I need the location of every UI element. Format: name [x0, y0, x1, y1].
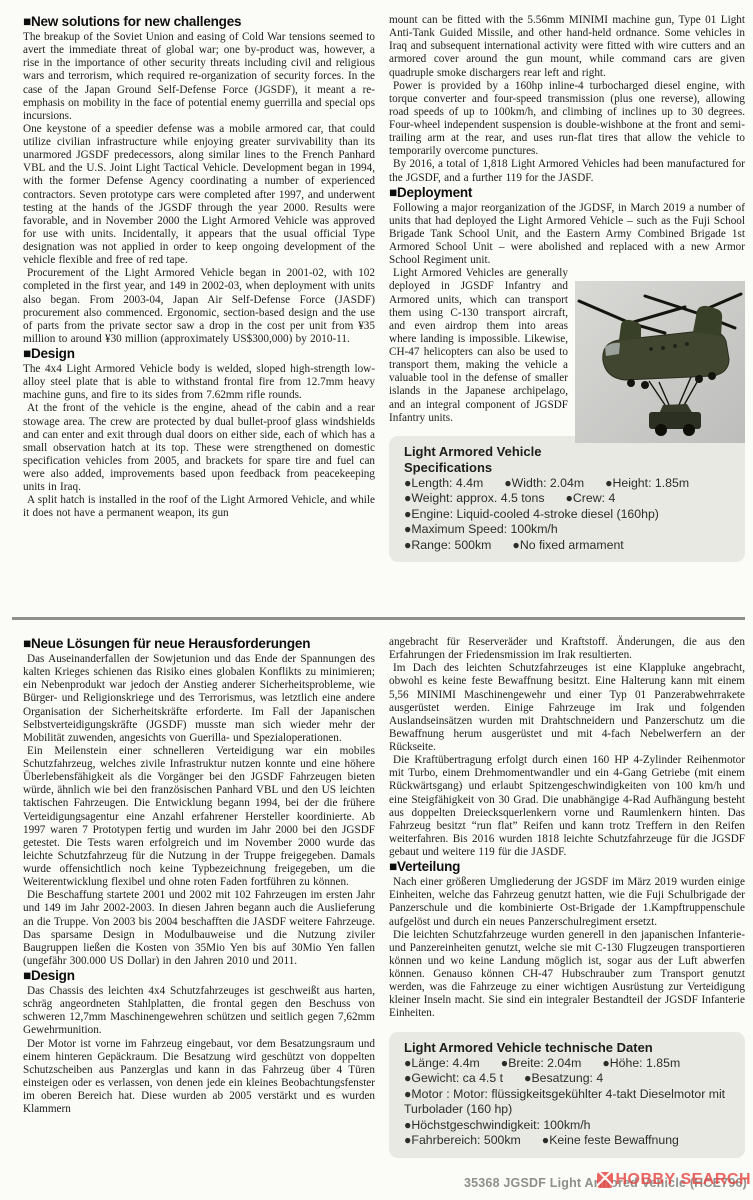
spec-item-height: ●Height: 1.85m: [605, 476, 689, 490]
de-design-paragraph-2: Der Motor ist vorne im Fahrzeug eingebau…: [23, 1038, 375, 1117]
english-section: ■New solutions for new challenges The br…: [23, 14, 745, 562]
spec-item-laenge: ●Länge: 4.4m: [404, 1056, 480, 1070]
section-heading-design-de: ■Design: [23, 968, 375, 984]
section-heading-verteilung: ■Verteilung: [389, 859, 745, 875]
spec-line: ●Länge: 4.4m●Breite: 2.04m●Höhe: 1.85m: [404, 1056, 739, 1072]
de-intro-paragraph-1: Das Auseinanderfallen der Sowjetunion un…: [23, 653, 375, 745]
english-left-column: ■New solutions for new challenges The br…: [23, 14, 375, 562]
hobbysearch-watermark: HOBBY SEARCH: [597, 1171, 752, 1189]
spec-item-max-speed: ●Maximum Speed: 100km/h: [404, 522, 558, 536]
spec-item-gewicht: ●Gewicht: ca 4.5 t: [404, 1071, 503, 1085]
en-design-paragraph-3-continued: mount can be fitted with the 5.56mm MINI…: [389, 14, 745, 80]
english-right-column: mount can be fitted with the 5.56mm MINI…: [389, 14, 745, 562]
spec-item-bewaffnung: ●Keine feste Bewaffnung: [542, 1133, 679, 1147]
spec-item-hoehe: ●Höhe: 1.85m: [602, 1056, 680, 1070]
spec-item-engine: ●Engine: Liquid-cooled 4-stroke diesel (…: [404, 507, 659, 521]
spec-item-length: ●Length: 4.4m: [404, 476, 483, 490]
specifications-box-de: Light Armored Vehicle technische Daten ●…: [389, 1032, 745, 1158]
en-design-paragraph-4: Power is provided by a 160hp inline-4 tu…: [389, 80, 745, 159]
spec-item-hoechstgeschwindigkeit: ●Höchstgeschwindigkeit: 100km/h: [404, 1118, 591, 1132]
spec-item-crew: ●Crew: 4: [566, 491, 616, 505]
en-intro-paragraph-2: One keystone of a speedier defense was a…: [23, 123, 375, 267]
german-section: ■Neue Lösungen für neue Herausforderunge…: [23, 636, 745, 1158]
en-deployment-paragraph-2-block: Light Armored Vehicles are generally dep…: [389, 267, 745, 425]
spec-line: ●Höchstgeschwindigkeit: 100km/h: [404, 1118, 739, 1134]
specifications-title-en: Light Armored Vehicle Specifications: [404, 444, 739, 476]
specifications-box-en: Light Armored Vehicle Specifications ●Le…: [389, 436, 745, 563]
de-verteilung-paragraph-1: Nach einer größeren Umgliederung der JGS…: [389, 876, 745, 929]
german-left-column: ■Neue Lösungen für neue Herausforderunge…: [23, 636, 375, 1158]
spec-item-weight: ●Weight: approx. 4.5 tons: [404, 491, 545, 505]
de-design-paragraph-4: Die Kraftübertragung erfolgt durch einen…: [389, 754, 745, 859]
spec-item-width: ●Width: 2.04m: [504, 476, 584, 490]
section-divider-line: [12, 617, 745, 620]
en-design-paragraph-2: At the front of the vehicle is the engin…: [23, 402, 375, 494]
helicopter-front-pylon: [619, 320, 641, 340]
de-design-paragraph-1: Das Chassis des leichten 4x4 Schutzfahrz…: [23, 985, 375, 1038]
section-heading-deployment: ■Deployment: [389, 185, 745, 201]
spec-item-besatzung: ●Besatzung: 4: [524, 1071, 603, 1085]
en-deployment-paragraph-1: Following a major reorganization of the …: [389, 202, 745, 268]
spec-line: ●Range: 500km●No fixed armament: [404, 538, 739, 554]
spec-line: ●Motor : Motor: flüssigkeitsgekühlter 4-…: [404, 1087, 739, 1118]
section-heading-neue-loesungen: ■Neue Lösungen für neue Herausforderunge…: [23, 636, 375, 652]
spec-line: ●Fahrbereich: 500km●Keine feste Bewaffnu…: [404, 1133, 739, 1149]
hobbysearch-logo-icon: [597, 1172, 613, 1188]
spec-item-motor: ●Motor : Motor: flüssigkeitsgekühlter 4-…: [404, 1087, 725, 1117]
spec-item-breite: ●Breite: 2.04m: [501, 1056, 582, 1070]
spec-item-fahrbereich: ●Fahrbereich: 500km: [404, 1133, 521, 1147]
spec-line: ●Weight: approx. 4.5 tons●Crew: 4: [404, 491, 739, 507]
specifications-title-de: Light Armored Vehicle technische Daten: [404, 1040, 739, 1056]
spec-line: ●Engine: Liquid-cooled 4-stroke diesel (…: [404, 507, 739, 523]
german-right-column: angebracht für Reserveräder und Kraftsto…: [389, 636, 745, 1158]
ch47-airlift-photo: [575, 281, 745, 443]
en-design-paragraph-1: The 4x4 Light Armored Vehicle body is we…: [23, 363, 375, 402]
helicopter-rear-pylon: [693, 306, 722, 336]
spec-line: ●Length: 4.4m●Width: 2.04m●Height: 1.85m: [404, 476, 739, 492]
spec-line: ●Maximum Speed: 100km/h: [404, 522, 739, 538]
en-design-paragraph-5: By 2016, a total of 1,818 Light Armored …: [389, 158, 745, 184]
spec-item-range: ●Range: 500km: [404, 538, 491, 552]
en-intro-paragraph-1: The breakup of the Soviet Union and easi…: [23, 31, 375, 123]
de-design-paragraph-2-continued: angebracht für Reserveräder und Kraftsto…: [389, 636, 745, 662]
spec-line: ●Gewicht: ca 4.5 t●Besatzung: 4: [404, 1071, 739, 1087]
de-design-paragraph-3: Im Dach des leichten Schutzfahrzeuges is…: [389, 662, 745, 754]
hobbysearch-watermark-text: HOBBY SEARCH: [616, 1171, 752, 1189]
en-intro-paragraph-3: Procurement of the Light Armored Vehicle…: [23, 267, 375, 346]
de-intro-paragraph-3: Die Beschaffung startete 2001 und 2002 m…: [23, 889, 375, 968]
section-heading-design-en: ■Design: [23, 346, 375, 362]
en-design-paragraph-3: A split hatch is installed in the roof o…: [23, 494, 375, 520]
de-verteilung-paragraph-2: Die leichten Schutzfahrzeuge wurden gene…: [389, 929, 745, 1021]
section-heading-new-solutions: ■New solutions for new challenges: [23, 14, 375, 30]
spec-item-armament: ●No fixed armament: [512, 538, 623, 552]
de-intro-paragraph-2: Ein Meilenstein einer schnelleren Vertei…: [23, 745, 375, 889]
